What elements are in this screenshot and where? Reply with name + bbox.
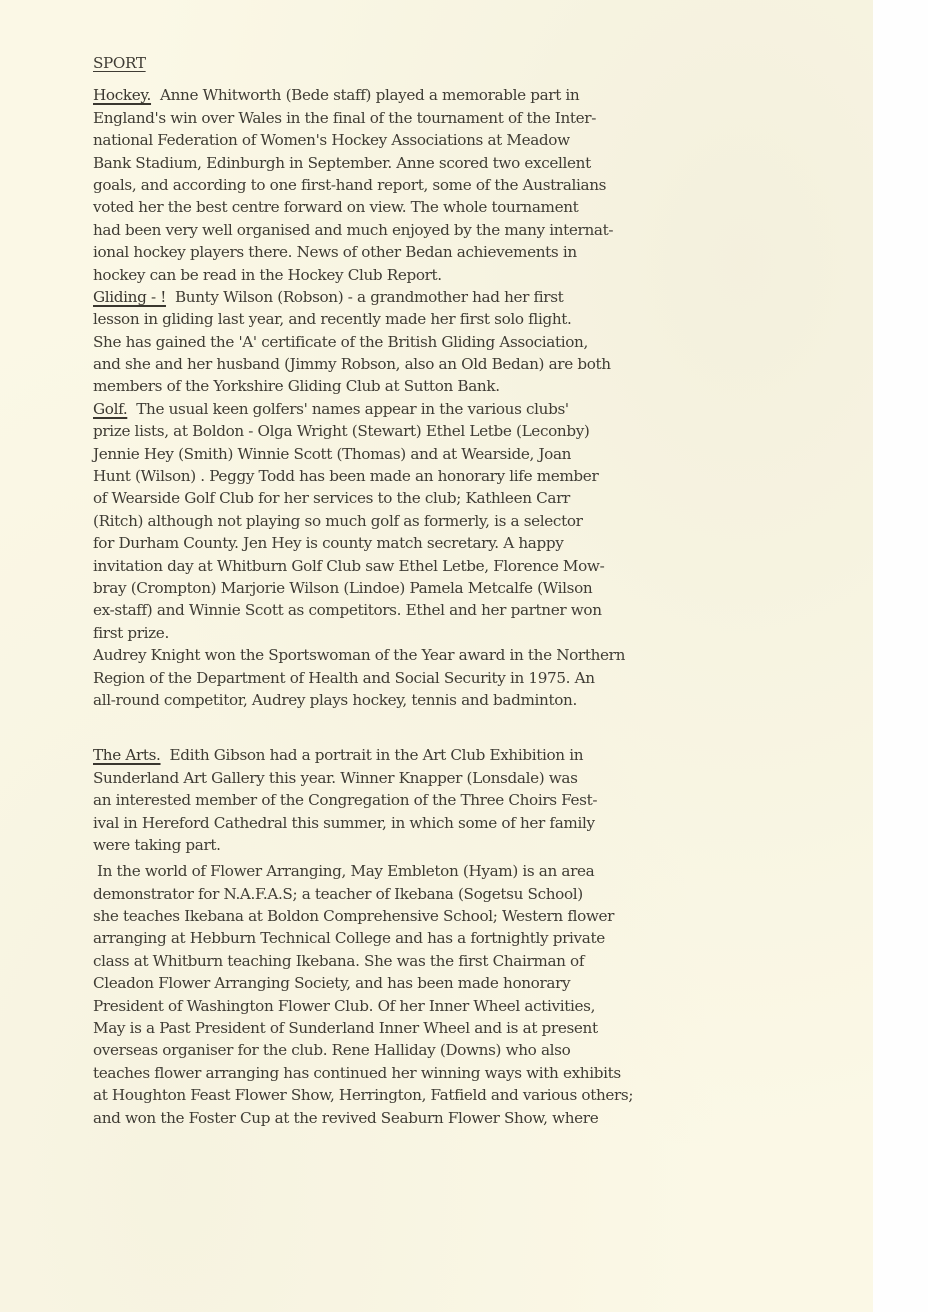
paragraph-line: an interested member of the Congregation…	[93, 789, 813, 811]
paragraph-line: Gliding - ! Bunty Wilson (Robson) - a gr…	[93, 286, 813, 308]
paragraph-line: (Ritch) although not playing so much gol…	[93, 510, 813, 532]
paragraph-line: Hockey. Anne Whitworth (Bede staff) play…	[93, 84, 813, 106]
page-margin	[873, 0, 928, 1312]
paragraph-heading: The Arts.	[93, 744, 161, 766]
paragraph-line: were taking part.	[93, 834, 813, 856]
paragraph-line: Sunderland Art Gallery this year. Winner…	[93, 767, 813, 789]
paragraph-line: May is a Past President of Sunderland In…	[93, 1017, 813, 1039]
paragraph-line: and she and her husband (Jimmy Robson, a…	[93, 353, 813, 375]
paragraph-line: teaches flower arranging has continued h…	[93, 1062, 813, 1084]
paragraph-line: class at Whitburn teaching Ikebana. She …	[93, 950, 813, 972]
paragraph-line: all-round competitor, Audrey plays hocke…	[93, 689, 813, 711]
paragraph-line: for Durham County. Jen Hey is county mat…	[93, 532, 813, 554]
paragraph-line: prize lists, at Boldon - Olga Wright (St…	[93, 420, 813, 442]
paragraph-line: national Federation of Women's Hockey As…	[93, 129, 813, 151]
paragraph-line: Hunt (Wilson) . Peggy Todd has been made…	[93, 465, 813, 487]
paragraph-line: Jennie Hey (Smith) Winnie Scott (Thomas)…	[93, 443, 813, 465]
paragraph-line: England's win over Wales in the final of…	[93, 107, 813, 129]
paragraph-hockey: Hockey. Anne Whitworth (Bede staff) play…	[93, 84, 813, 286]
paragraph-heading: Hockey.	[93, 84, 151, 106]
paragraph-line: had been very well organised and much en…	[93, 219, 813, 241]
paragraph-line: Bank Stadium, Edinburgh in September. An…	[93, 152, 813, 174]
paragraph-line: members of the Yorkshire Gliding Club at…	[93, 375, 813, 397]
paragraph-heading: Gliding - !	[93, 286, 166, 308]
paragraph-gliding: Gliding - ! Bunty Wilson (Robson) - a gr…	[93, 286, 813, 398]
line-text: The usual keen golfers' names appear in …	[136, 400, 568, 418]
line-text: Edith Gibson had a portrait in the Art C…	[170, 746, 584, 764]
spacer	[93, 74, 813, 84]
line-text: Anne Whitworth (Bede staff) played a mem…	[160, 86, 579, 104]
paragraph-flower-arranging: In the world of Flower Arranging, May Em…	[93, 860, 813, 1129]
paragraph-line: President of Washington Flower Club. Of …	[93, 995, 813, 1017]
section-title: SPORT	[93, 52, 813, 74]
paragraph-line: invitation day at Whitburn Golf Club saw…	[93, 555, 813, 577]
paragraph-line: Region of the Department of Health and S…	[93, 667, 813, 689]
paragraph-line: demonstrator for N.A.F.A.S; a teacher of…	[93, 883, 813, 905]
paragraph-line: goals, and according to one first-hand r…	[93, 174, 813, 196]
paragraph-line: Golf. The usual keen golfers' names appe…	[93, 398, 813, 420]
paragraph-line: bray (Crompton) Marjorie Wilson (Lindoe)…	[93, 577, 813, 599]
paragraph-sportswoman: Audrey Knight won the Sportswoman of the…	[93, 644, 813, 711]
paragraph-line: voted her the best centre forward on vie…	[93, 196, 813, 218]
paragraph-line: ival in Hereford Cathedral this summer, …	[93, 812, 813, 834]
paragraph-line: of Wearside Golf Club for her services t…	[93, 487, 813, 509]
paragraph-line: first prize.	[93, 622, 813, 644]
paragraph-line: ional hockey players there. News of othe…	[93, 241, 813, 263]
document-body: SPORT Hockey. Anne Whitworth (Bede staff…	[93, 52, 813, 1129]
paragraph-line: She has gained the 'A' certificate of th…	[93, 331, 813, 353]
paragraph-line: lesson in gliding last year, and recentl…	[93, 308, 813, 330]
paragraph-line: she teaches Ikebana at Boldon Comprehens…	[93, 905, 813, 927]
paragraph-line: ex-staff) and Winnie Scott as competitor…	[93, 599, 813, 621]
paragraph-line: In the world of Flower Arranging, May Em…	[93, 860, 813, 882]
paragraph-line: Audrey Knight won the Sportswoman of the…	[93, 644, 813, 666]
spacer	[93, 711, 813, 744]
paragraph-line: hockey can be read in the Hockey Club Re…	[93, 264, 813, 286]
paragraph-line: Cleadon Flower Arranging Society, and ha…	[93, 972, 813, 994]
paragraph-line: overseas organiser for the club. Rene Ha…	[93, 1039, 813, 1061]
paragraph-arts: The Arts. Edith Gibson had a portrait in…	[93, 744, 813, 856]
paragraph-line: at Houghton Feast Flower Show, Herringto…	[93, 1084, 813, 1106]
paragraph-line: and won the Foster Cup at the revived Se…	[93, 1107, 813, 1129]
paragraph-line: The Arts. Edith Gibson had a portrait in…	[93, 744, 813, 766]
paragraph-line: arranging at Hebburn Technical College a…	[93, 927, 813, 949]
paragraph-heading: Golf.	[93, 398, 127, 420]
paragraph-golf: Golf. The usual keen golfers' names appe…	[93, 398, 813, 644]
line-text: Bunty Wilson (Robson) - a grandmother ha…	[175, 288, 563, 306]
